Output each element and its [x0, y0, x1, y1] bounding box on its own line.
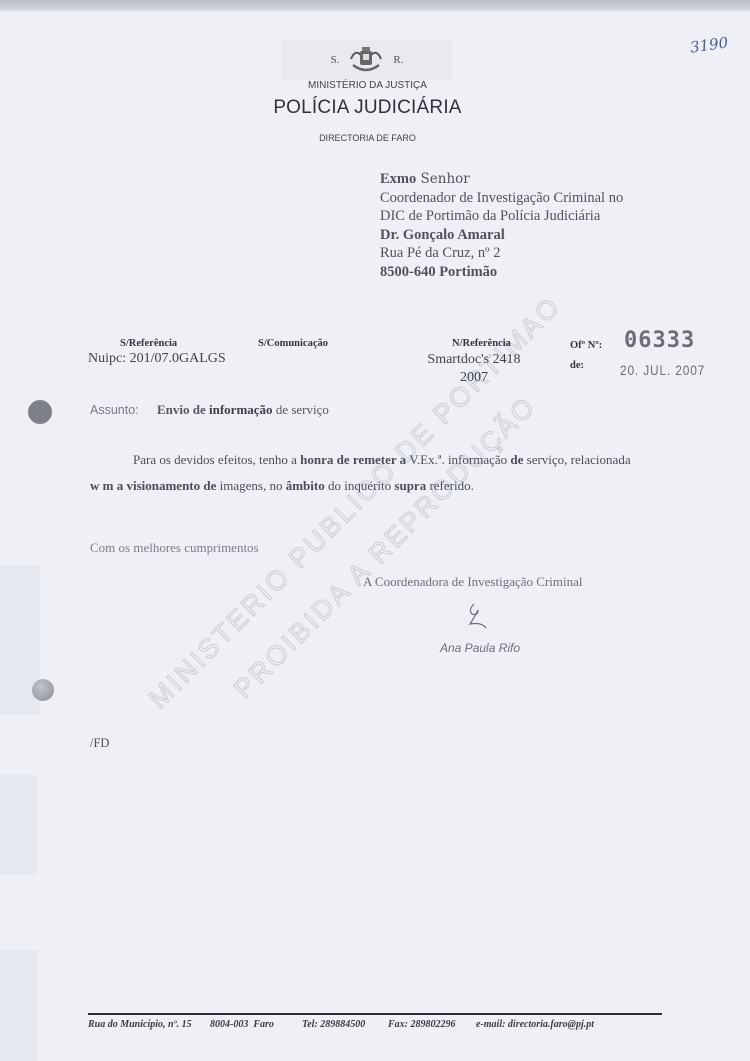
footer-email[interactable]: e-mail: directoria.faro@pj.pt	[476, 1019, 594, 1030]
addressee-block: Exmo Senhor Coordenador de Investigação …	[380, 170, 623, 281]
footer-divider	[88, 1013, 662, 1015]
handwritten-signature-icon	[460, 600, 500, 632]
footer-postal-code: 8004-003 Faro	[210, 1019, 302, 1030]
crest-left-letter: S.	[331, 54, 340, 66]
ministry-name: MINISTÉRIO DA JUSTIÇA	[250, 80, 485, 91]
body-paragraph-line-1: Para os devidos efeitos, tenho a honra d…	[133, 452, 631, 468]
coat-of-arms-icon	[349, 45, 383, 75]
letterhead-crest-row: S. R.	[282, 40, 452, 80]
addressee-line-5: Rua Pé da Cruz, nº 2	[380, 244, 623, 263]
directorate-name: DIRECTORIA DE FARO	[250, 133, 485, 143]
footer-address: Rua do Município, nº. 15	[88, 1019, 210, 1030]
closing-salutation: Com os melhores cumprimentos	[90, 540, 259, 556]
body-paragraph-line-2: w m a visionamento de imagens, no âmbito…	[90, 478, 474, 494]
s-comunicacao-label: S/Comunicação	[258, 338, 328, 349]
watermark: MINISTERIO PUBLICO DE PORTIMAO PROIBIDA …	[0, 0, 750, 1061]
punch-hole	[28, 400, 52, 424]
footer-fax: Fax: 289802296	[388, 1019, 476, 1030]
oficio-date-label: de:	[570, 360, 584, 371]
handwritten-page-number: 3190	[689, 33, 729, 56]
n-referencia-value: Smartdoc's 2418 2007	[418, 351, 530, 387]
footer-telephone: Tel: 289884500	[302, 1019, 388, 1030]
addressee-line-4: Dr. Gonçalo Amaral	[380, 226, 623, 245]
addressee-line-2: Coordenador de Investigação Criminal no	[380, 189, 623, 208]
subject-label: Assunto:	[90, 403, 139, 417]
s-referencia-label: S/Referência	[120, 338, 177, 349]
oficio-number-label: Ofº Nº:	[570, 340, 602, 351]
organization-name: POLÍCIA JUDICIÁRIA	[220, 97, 515, 119]
punch-hole	[32, 679, 54, 701]
crest-right-letter: R.	[393, 54, 403, 66]
n-referencia-label: N/Referência	[452, 338, 511, 349]
signatory-role: A Coordenadora de Investigação Criminal	[363, 574, 583, 590]
addressee-line-1: Exmo Senhor	[380, 170, 623, 189]
oficio-date-stamp: 20. JUL. 2007	[620, 362, 705, 378]
scan-artifact	[0, 950, 38, 1061]
scan-artifact	[0, 775, 38, 875]
addressee-line-3: DIC de Portimão da Polícia Judiciária	[380, 207, 623, 226]
subject-value: Envio de informação de serviço	[157, 402, 329, 418]
footer-contact: Rua do Município, nº. 15 8004-003 Faro T…	[88, 1019, 668, 1030]
typist-initials: /FD	[90, 736, 109, 751]
addressee-line-6: 8500-640 Portimão	[380, 263, 623, 282]
s-referencia-value: Nuipc: 201/07.0GALGS	[88, 351, 226, 367]
scan-edge-shadow	[0, 0, 750, 12]
watermark-line-2: PROIBIDA A REPRODUÇÃO	[227, 390, 542, 705]
signatory-name: Ana Paula Rifo	[440, 641, 520, 655]
oficio-number-stamp: 06333	[624, 328, 695, 353]
